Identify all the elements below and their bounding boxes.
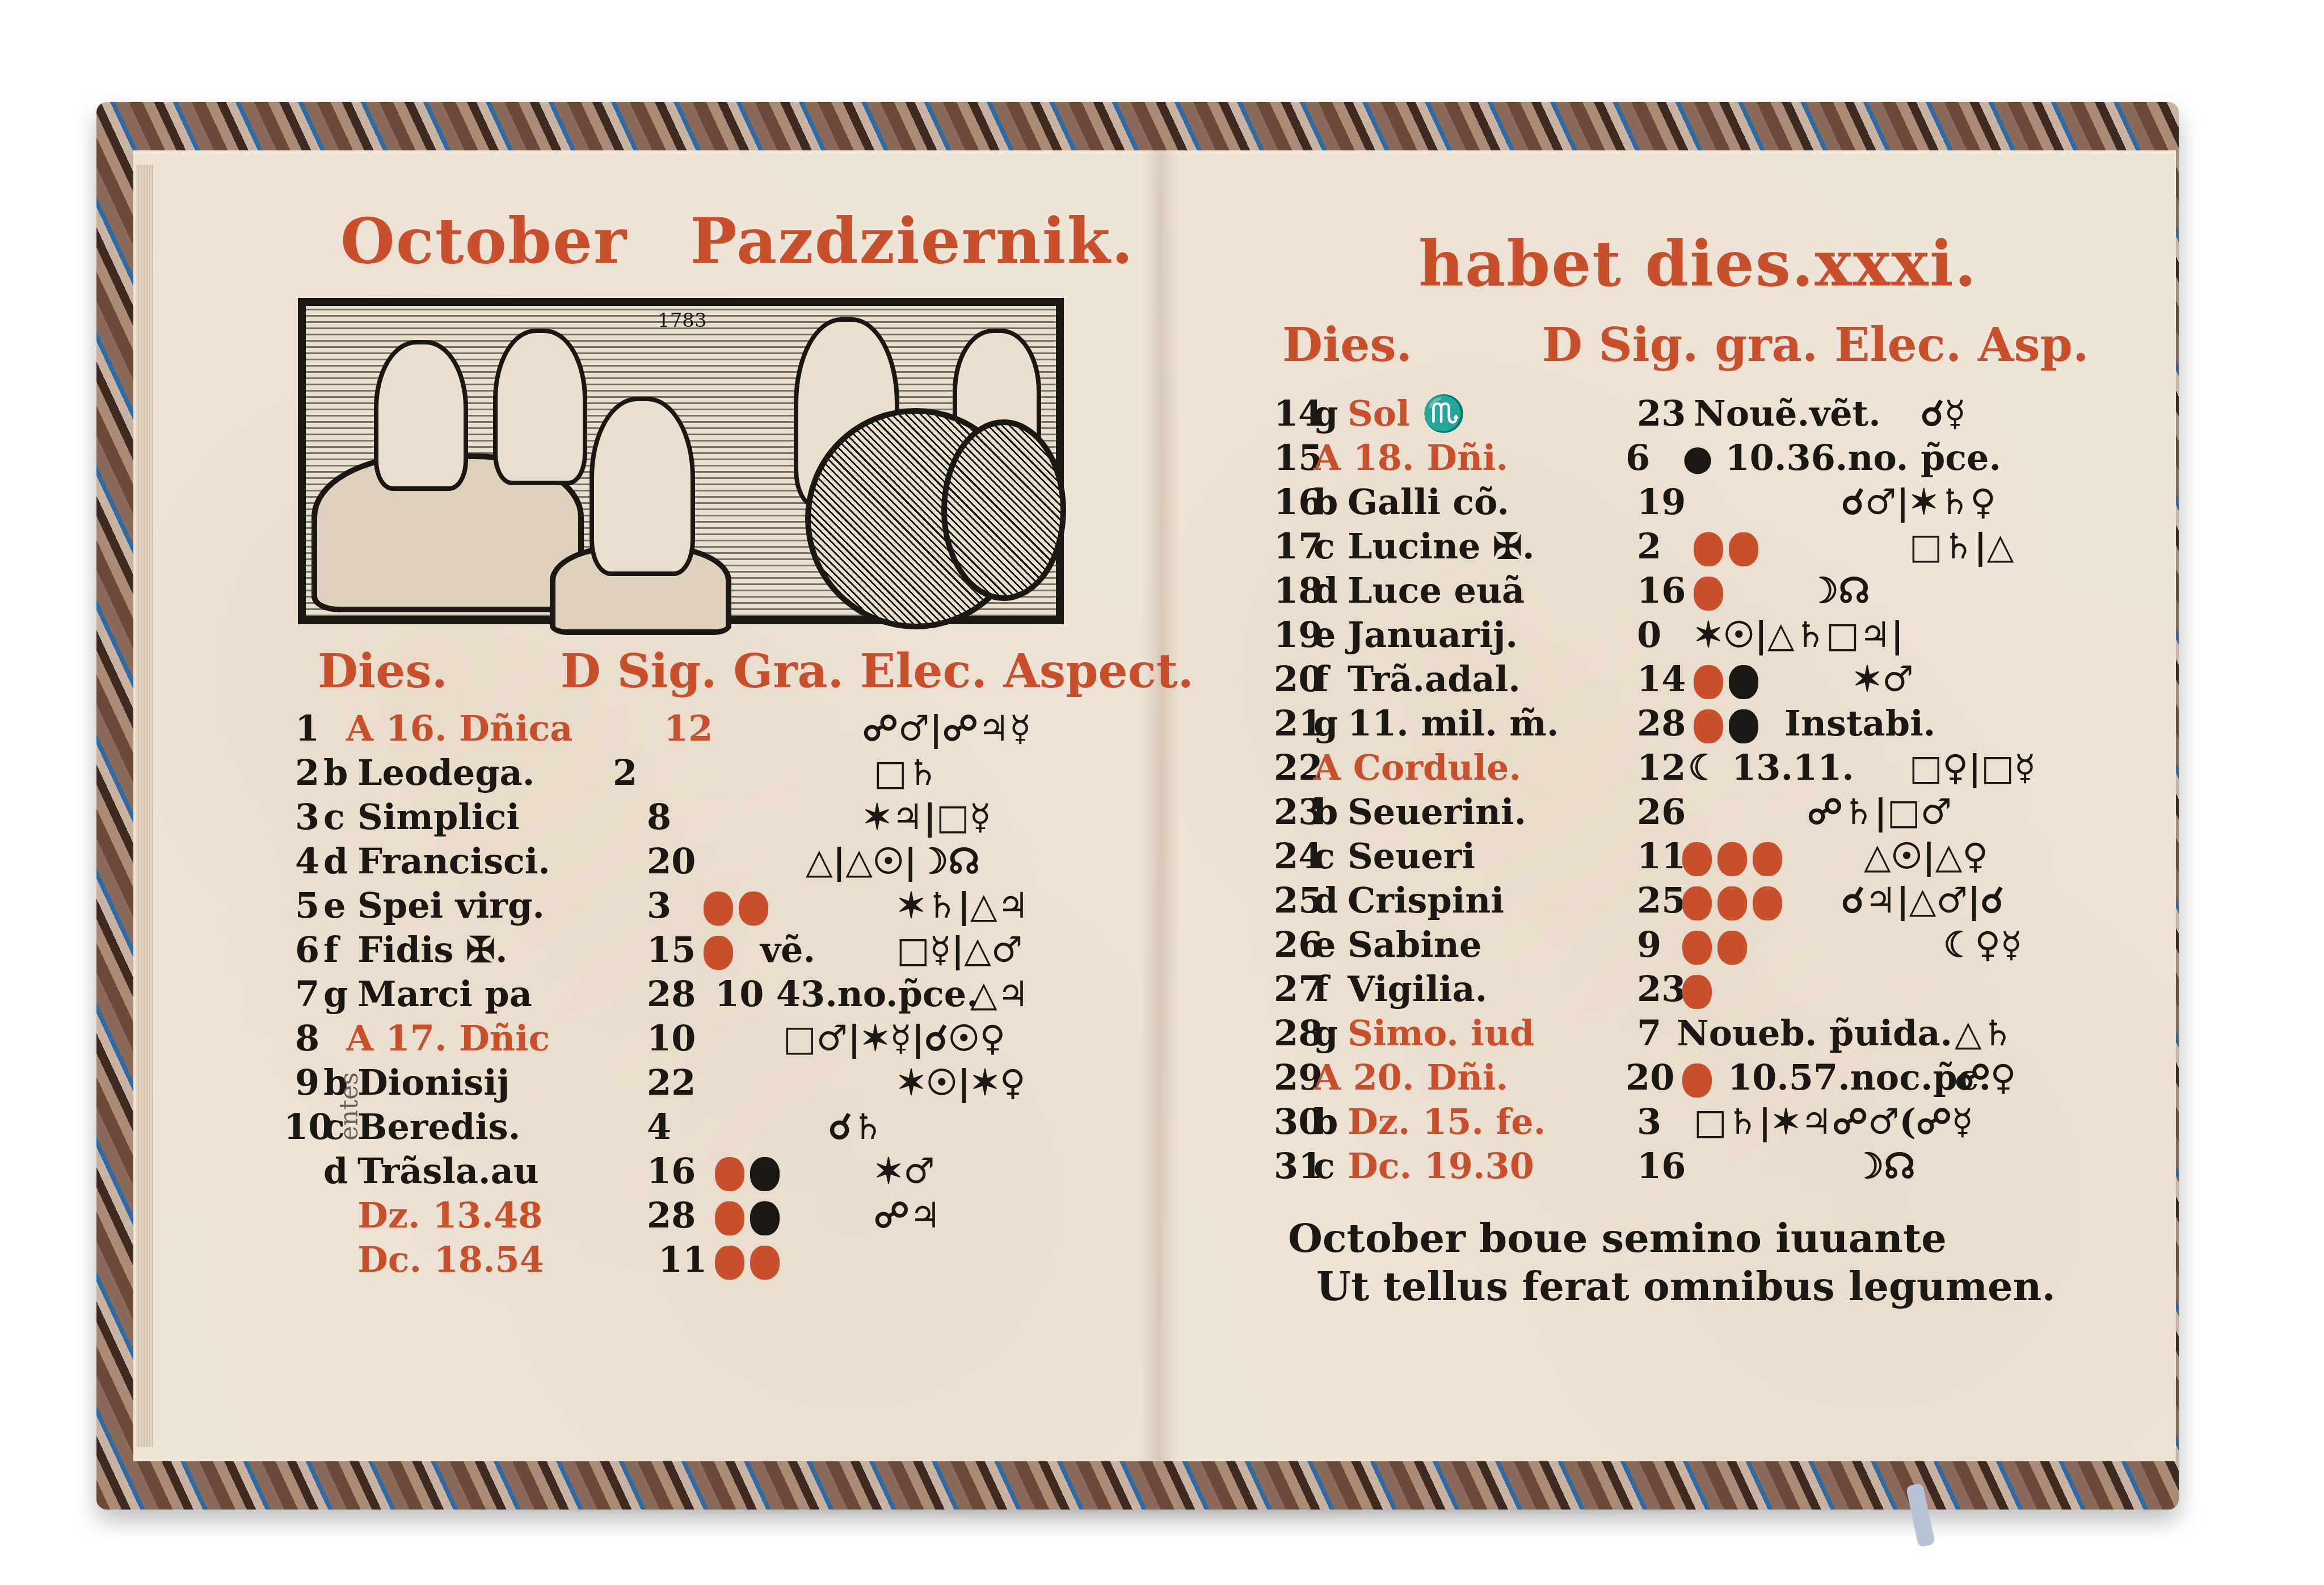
degree: 26 (1637, 790, 1686, 834)
degree: 0 (1637, 613, 1661, 657)
election-icon (750, 1157, 780, 1191)
degree: 28 (1637, 701, 1686, 746)
new-moon-note: ● 10.36.no. p̃ce. (1682, 436, 2001, 480)
dominical-letter: e (1313, 923, 1336, 967)
aspects: △|△☉|☽☊ (806, 839, 980, 884)
saint-name: Sol ♏ (1348, 392, 1466, 436)
woodcut-inscription: 1783 (658, 309, 707, 332)
degree: 4 (647, 1105, 671, 1149)
saint-name: Galli cõ. (1348, 480, 1509, 524)
day-number: 5 (295, 884, 319, 928)
dominical-letter: e (323, 884, 346, 928)
aspects: □♂|✶☿|☌☉♀ (783, 1016, 1005, 1061)
election-icon (1717, 931, 1747, 965)
full-moon-note: 10.57.noc.p̃c. (1728, 1056, 1991, 1100)
woodcut-illustration: 1783 (298, 298, 1064, 624)
saint-name: Francisci. (357, 839, 550, 884)
election-icon (1694, 665, 1723, 699)
note: vẽ. (760, 928, 815, 972)
degree: 16 (1637, 569, 1686, 613)
saint-name: Trãsla.au (357, 1149, 539, 1193)
figure-icon (590, 397, 695, 576)
aspects: ☍♂|☍♃☿ (862, 707, 1031, 751)
aspects: ☽☊ (1853, 1144, 1915, 1188)
election-icon (1717, 886, 1747, 920)
degree: 2 (1637, 524, 1661, 569)
election-icon (1682, 975, 1712, 1009)
degree: 11 (658, 1238, 707, 1282)
aspects: ☌♃|△♂|☌ (1841, 878, 2004, 923)
saint-name: Fidis ✠. (357, 928, 508, 972)
aspects: □♄|✶♃☍♂(☍☿ (1694, 1100, 1973, 1144)
degree: 16 (647, 1149, 696, 1193)
degree: 28 (647, 1193, 696, 1238)
degree: 9 (1637, 923, 1661, 967)
degree: 20 (1626, 1056, 1674, 1100)
aspects: ✶♄|△♃ (896, 884, 1029, 928)
aspects: △♃ (970, 972, 1029, 1016)
dominical-letter: g (1313, 1011, 1338, 1056)
degree: 3 (1637, 1100, 1661, 1144)
title-latin: October (340, 204, 628, 278)
aspects: ☍♀ (1955, 1056, 2016, 1100)
figure-icon (493, 329, 587, 485)
aspects: ☌☿ (1921, 392, 1966, 436)
header-columns: D Sig. Gra. Elec. Aspect. (561, 644, 1194, 699)
dominical-letter: f (323, 928, 339, 972)
saint-name: Januarij. (1348, 613, 1518, 657)
day-number: 4 (295, 839, 319, 884)
aspects: ✶☉|△♄□♃| (1694, 613, 1904, 657)
saint-name: Lucine ✠. (1348, 524, 1535, 569)
aspects: ☽☊ (1807, 569, 1870, 613)
aspects: □♄ (874, 751, 938, 795)
election-icon (715, 1201, 744, 1235)
degree: 2 (613, 751, 637, 795)
full-moon-icon (1682, 1063, 1712, 1098)
degree: 16 (1637, 1144, 1686, 1188)
aspects: ☍♄|□♂ (1807, 790, 1952, 834)
election-icon (1694, 709, 1723, 743)
dominical-letter: d (323, 1149, 348, 1193)
book-gutter (1140, 150, 1180, 1461)
sunset-time: Dc. 19.30 (1348, 1144, 1534, 1188)
election-icon (750, 1246, 780, 1280)
saint-name: Dionisij (357, 1061, 510, 1105)
saint-name: Seueri (1348, 834, 1475, 878)
saint-name: 11. mil. m̃. (1348, 701, 1559, 746)
note: Nouẽ.vẽt. (1694, 392, 1881, 436)
dominical-letter: b (1313, 1100, 1338, 1144)
degree: 11 (1637, 834, 1686, 878)
right-column-header: Dies. D Sig. gra. Elec. Asp. (1282, 318, 2089, 372)
dominical-letter: d (1313, 569, 1338, 613)
election-icon (1717, 842, 1747, 876)
saint-name: Seuerini. (1348, 790, 1526, 834)
saint-name: Marci pa (357, 972, 532, 1016)
header-dies: Dies. (318, 644, 448, 699)
election-icon (1694, 577, 1723, 611)
sunset-time: Dc. 18.54 (357, 1238, 544, 1282)
aspects: ☾♀☿ (1943, 923, 2022, 967)
election-icon (1682, 842, 1712, 876)
saint-name: Luce euã (1348, 569, 1525, 613)
dominical-letter: c (323, 795, 345, 839)
degree: 10 (647, 1016, 696, 1061)
degree: 3 (647, 884, 671, 928)
dominical-letter: g (1313, 392, 1338, 436)
election-icon (739, 892, 768, 926)
day-number: 3 (295, 795, 319, 839)
saint-name: Sabine (1348, 923, 1481, 967)
moon-quarter-note: ☾ 13.11. (1688, 746, 1854, 790)
saint-name: Spei virg. (357, 884, 545, 928)
dominical-letter: g (323, 972, 348, 1016)
moon-phase-note: 10 43.no.p̃ce. (715, 972, 979, 1016)
dominical-letter: f (1313, 657, 1329, 701)
election-icon (1729, 532, 1758, 566)
degree: 14 (1637, 657, 1686, 701)
saint-name: Leodega. (357, 751, 534, 795)
aspects: ☌♂|✶♄♀ (1841, 480, 1996, 524)
note: Instabi. (1784, 701, 1935, 746)
election-icon (1753, 886, 1782, 920)
dominical-letter: c (1313, 834, 1335, 878)
degree: 6 (1626, 436, 1650, 480)
election-icon (1729, 665, 1758, 699)
aspects: △♄ (1955, 1011, 2013, 1056)
election-icon (1694, 532, 1723, 566)
day-number: 9 (295, 1061, 319, 1105)
day-number: 6 (295, 928, 319, 972)
motto-line-1: October boue semino iuuante (1288, 1214, 1947, 1262)
dominical-letter: b (323, 751, 348, 795)
dominical-letter: c (1313, 1144, 1335, 1188)
dominical-letter: d (323, 839, 348, 884)
day-number: 7 (295, 972, 319, 1016)
dominical-letter: f (1313, 967, 1329, 1011)
saint-name: A 20. Dñi. (1313, 1056, 1508, 1100)
saint-name: Crispini (1348, 878, 1504, 923)
saint-name: Vigilia. (1348, 967, 1487, 1011)
saint-name: A 16. Dñica (346, 707, 572, 751)
aspects: △☉|△♀ (1864, 834, 1988, 878)
degree: 12 (1637, 746, 1686, 790)
page-edges (136, 165, 153, 1447)
dominical-letter: d (1313, 878, 1338, 923)
saint-name: Simo. iud (1348, 1011, 1534, 1056)
election-icon (750, 1201, 780, 1235)
aspects: ☍♃ (874, 1193, 941, 1238)
note: Noueb. p̃uida. (1677, 1011, 1952, 1056)
dominical-letter: c (1313, 524, 1335, 569)
left-page-title: October Pazdziernik. (340, 204, 1134, 278)
day-number: 2 (295, 751, 319, 795)
barrel-icon (941, 419, 1066, 601)
aspects: ✶☉|✶♀ (896, 1061, 1025, 1105)
day-number: 8 (295, 1016, 319, 1061)
election-icon (1729, 709, 1758, 743)
degree: 19 (1637, 480, 1686, 524)
aspects: □☿|△♂ (896, 928, 1022, 972)
degree: 7 (1637, 1011, 1661, 1056)
dominical-letter: b (1313, 790, 1338, 834)
degree: 8 (647, 795, 671, 839)
title-polish: Pazdziernik. (690, 204, 1134, 278)
dominical-letter: b (1313, 480, 1338, 524)
header-dies: Dies. (1282, 318, 1412, 372)
degree: 20 (647, 839, 696, 884)
election-icon (704, 892, 733, 926)
figure-icon (374, 340, 468, 491)
motto-line-2: Ut tellus ferat omnibus legumen. (1316, 1263, 2056, 1310)
saint-name: Trã.adal. (1348, 657, 1521, 701)
saint-name: Simplici (357, 795, 520, 839)
election-icon (715, 1157, 744, 1191)
left-column-header: Dies. D Sig. Gra. Elec. Aspect. (318, 644, 1194, 699)
margin-note: entes (335, 1072, 364, 1141)
saint-name: A Cordule. (1313, 746, 1521, 790)
right-page-title: habet dies.xxxi. (1418, 227, 1977, 300)
saint-name: Beredis. (357, 1105, 520, 1149)
degree: 28 (647, 972, 696, 1016)
degree: 25 (1637, 878, 1686, 923)
sunrise-time: Dz. 15. fe. (1348, 1100, 1546, 1144)
degree: 22 (647, 1061, 696, 1105)
sunrise-time: Dz. 13.48 (357, 1193, 542, 1238)
election-icon (1753, 842, 1782, 876)
aspects: ✶♂ (874, 1149, 935, 1193)
aspects: □♀|□☿ (1909, 746, 2036, 790)
degree: 23 (1637, 392, 1686, 436)
saint-name: A 17. Dñic (346, 1016, 550, 1061)
degree: 12 (664, 707, 713, 751)
degree: 15 (647, 928, 696, 972)
election-icon (1682, 931, 1712, 965)
aspects: ✶♂ (1853, 657, 1914, 701)
dominical-letter: e (1313, 613, 1336, 657)
election-icon (715, 1246, 744, 1280)
header-columns: D Sig. gra. Elec. Asp. (1542, 318, 2089, 372)
aspects: □♄|△ (1909, 524, 2014, 569)
election-icon (704, 936, 733, 970)
election-icon (1682, 886, 1712, 920)
aspects: ✶♃|□☿ (862, 795, 991, 839)
aspects: ☌♄ (828, 1105, 883, 1149)
saint-name: A 18. Dñi. (1313, 436, 1508, 480)
dominical-letter: g (1313, 701, 1338, 746)
day-number: 1 (295, 707, 319, 751)
degree: 23 (1637, 967, 1686, 1011)
